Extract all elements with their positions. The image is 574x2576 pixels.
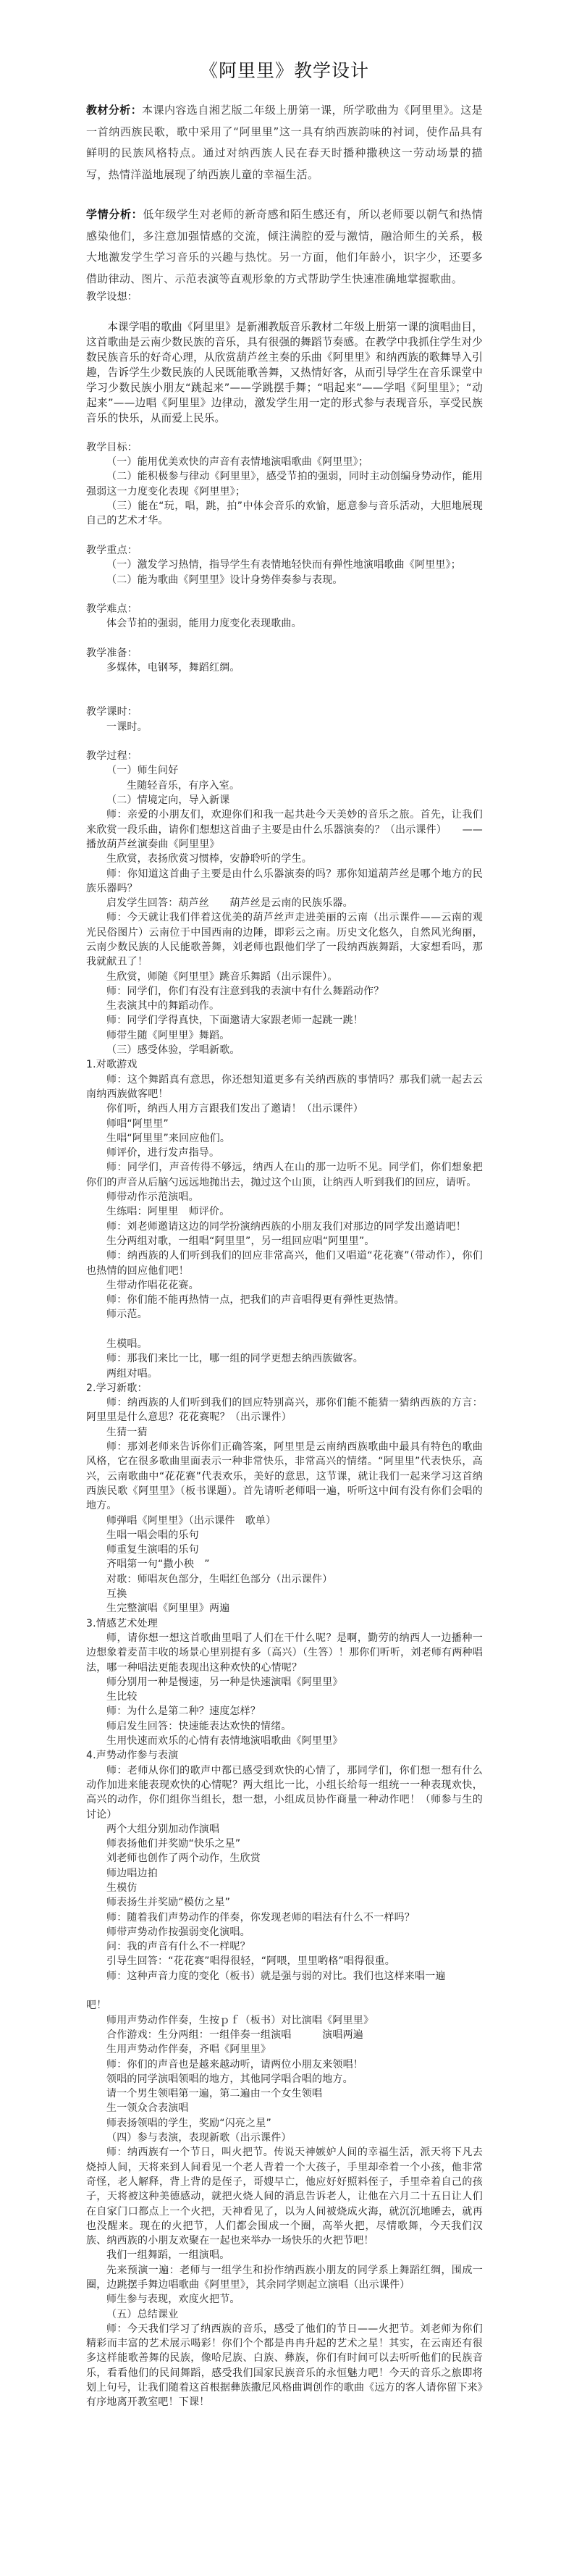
process-line: 生完整演唱《阿里里》两遍 bbox=[86, 1601, 483, 1616]
objective-item: （二）能积极参与律动《阿里里》，感受节拍的强弱，同时主动创编身势动作，能用强弱这… bbox=[86, 469, 483, 499]
section-title: （四）参与表演，表现新歌（出示课件） bbox=[86, 2131, 483, 2145]
key-points-heading: 教学重点： bbox=[86, 543, 483, 558]
process-line: 刘老师也创作了两个动作，生欣赏 bbox=[86, 1851, 483, 1866]
process-line: 生用快速而欢乐的心情有表情地演唱歌曲《阿里里》 bbox=[86, 1734, 483, 1748]
section-title: （三）感受体验，学唱新歌。 bbox=[86, 1043, 483, 1057]
process-line: 师用声势动作伴奏，生按ｐｆ（板书）对比演唱《阿里里》 bbox=[86, 2013, 483, 2028]
process-line: 我们一组舞蹈，一组演唱。 bbox=[86, 2248, 483, 2262]
material-analysis-label: 教材分析： bbox=[86, 104, 142, 117]
preparation-heading: 教学准备： bbox=[86, 646, 483, 660]
process-line: 师：你知道这首曲子主要是由什么乐器演奏的吗？那你知道葫芦丝是哪个地方的民族乐器吗… bbox=[86, 867, 483, 897]
process-line: 师：今天就让我们伴着这优美的葫芦丝声走进美丽的云南（出示课件——云南的观光民俗图… bbox=[86, 910, 483, 969]
process-line: 师生参与表现，欢度火把节。 bbox=[86, 2292, 483, 2307]
process-line: 问：我的声音有什么不一样呢？ bbox=[86, 1939, 483, 1954]
process-line: 生随轻音乐，有序入室。 bbox=[86, 779, 483, 793]
objective-item: （三）能在“玩，唱，跳，拍”中体会音乐的欢愉，愿意参与音乐活动，大胆地展现自己的… bbox=[86, 499, 483, 529]
process-line: 师分别用一种是慢速，另一种是快速演唱《阿里里》 bbox=[86, 1675, 483, 1690]
process-line: 生唱“阿里里”来回应他们。 bbox=[86, 1131, 483, 1146]
difficulties-heading: 教学难点： bbox=[86, 602, 483, 616]
key-point-item: （一）激发学习热情，指导学生有表情地轻快而有弹性地演唱歌曲《阿里里》； bbox=[86, 558, 483, 572]
process-line: 生练唱：阿里里 师评价。 bbox=[86, 1204, 483, 1219]
process-line: 师带动作示范演唱。 bbox=[86, 1190, 483, 1204]
process-line: 师表扬生并奖励“模仿之星” bbox=[86, 1895, 483, 1910]
process-line: 师：老师从你们的歌声中都已感受到欢快的心情了，那同学们，你们想一想有什么动作加进… bbox=[86, 1763, 483, 1822]
process-line: 师：那我们来比一比，哪一组的同学更想去纳西族做客。 bbox=[86, 1351, 483, 1366]
process-line: 生比较 bbox=[86, 1690, 483, 1704]
objective-item: （一）能用优美欢快的声音有表情地演唱歌曲《阿里里》； bbox=[86, 455, 483, 469]
process-line: 师唱“阿里里” bbox=[86, 1117, 483, 1131]
process-line: 启发学生回答：葫芦丝 葫芦丝是云南的民族乐器。 bbox=[86, 896, 483, 910]
student-analysis-label: 学情分析： bbox=[86, 208, 143, 221]
document-title: 《阿里里》教学设计 bbox=[86, 56, 483, 85]
period-text: 一课时。 bbox=[86, 720, 483, 734]
subsection-title: 4.声势动作参与表演 bbox=[86, 1748, 483, 1763]
process-line: 师带声势动作按强弱变化演唱。 bbox=[86, 1925, 483, 1939]
process-line: 师：今天我们学习了纳西族的音乐，感受了他们的节日——火把节。刘老师为你们精彩而丰… bbox=[86, 2322, 483, 2410]
student-analysis: 学情分析：低年级学生对老师的新奇感和陌生感还有，所以老师要以朝气和热情感染他们，… bbox=[86, 204, 483, 290]
process-line: 师启发生回答：快速能表达欢快的情绪。 bbox=[86, 1719, 483, 1734]
process-line: 生欣赏，表扬欣赏习惯棒，安静聆听的学生。 bbox=[86, 852, 483, 866]
process-line: 师边唱边拍 bbox=[86, 1866, 483, 1881]
process-line: 生表演其中的舞蹈动作。 bbox=[86, 999, 483, 1013]
process-line: 两组对唱。 bbox=[86, 1367, 483, 1381]
objectives-heading: 教学目标： bbox=[86, 440, 483, 455]
key-point-item: （二）能为歌曲《阿里里》设计身势伴奏参与表现。 bbox=[86, 573, 483, 587]
process-line: 师：纳西族有一个节日，叫火把节。传说天神嫉妒人间的幸福生活，派天将下凡去烧掉人间… bbox=[86, 2145, 483, 2248]
process-line: 师：同学们，声音传得不够远，纳西人在山的那一边听不见。同学们，你们想象把你们的声… bbox=[86, 1160, 483, 1190]
process-line: 师：那刘老师来告诉你们正确答案，阿里里是云南纳西族歌曲中最具有特色的歌曲风格，它… bbox=[86, 1440, 483, 1513]
material-analysis: 教材分析：本课内容选自湘艺版二年级上册第一课，所学歌曲为《阿里里》。这是一首纳西… bbox=[86, 100, 483, 185]
process-line: 合作游戏：生分两组：一组伴奏一组演唱 演唱两遍 bbox=[86, 2028, 483, 2042]
preparation-text: 多媒体，电钢琴，舞蹈红绸。 bbox=[86, 660, 483, 675]
subsection-title: 2.学习新歌： bbox=[86, 1381, 483, 1396]
section-title: （一）师生问好 bbox=[86, 763, 483, 778]
process-line: 师：纳西族的人们听到我们的回应非常高兴，他们又唱道“花花赛”（带动作），你们也热… bbox=[86, 1249, 483, 1278]
process-line: 师：同学们学得真快，下面邀请大家跟老师一起跳一跳！ bbox=[86, 1013, 483, 1028]
process-line: 吧！ bbox=[86, 1998, 483, 2013]
process-line: 生分两组对歌，一组唱“阿里里”，另一组回应唱“阿里里”。 bbox=[86, 1234, 483, 1249]
process-line: 生猜一猜 bbox=[86, 1425, 483, 1440]
difficulties-text: 体会节拍的强弱，能用力度变化表现歌曲。 bbox=[86, 616, 483, 631]
section-title: （二）情境定向，导入新课 bbox=[86, 793, 483, 807]
process-line: 师：你们能不能再热情一点，把我们的声音唱得更有弹性更热情。 bbox=[86, 1293, 483, 1307]
lesson-body: 教学设想： 本课学唱的歌曲《阿里里》是新湘教版音乐教材二年级上册第一课的演唱曲目… bbox=[86, 290, 483, 2410]
subsection-title: 1.对歌游戏 bbox=[86, 1057, 483, 1072]
process-line: 师：亲爱的小朋友们，欢迎你们和我一起共赴今天美妙的音乐之旅。首先，让我们来欣赏一… bbox=[86, 807, 483, 852]
process-line: 生模唱。 bbox=[86, 1337, 483, 1351]
process-line: 师表扬领唱的学生，奖励“闪亮之星” bbox=[86, 2116, 483, 2131]
period-heading: 教学课时： bbox=[86, 705, 483, 719]
process-line: 引导生回答：“花花赛”唱得很轻，“阿喂，里里哟格”唱得很重。 bbox=[86, 1954, 483, 1968]
process-line: 师，请你想一想这首歌曲里唱了人们在干什么呢？是啊，勤劳的纳西人一边播种一边想象着… bbox=[86, 1631, 483, 1675]
student-analysis-text: 低年级学生对老师的新奇感和陌生感还有，所以老师要以朝气和热情感染他们，多注意加强… bbox=[86, 208, 483, 285]
process-line: 生用声势动作伴奏，齐唱《阿里里》 bbox=[86, 2042, 483, 2057]
process-line: 领唱的同学演唱领唱的地方，其他同学唱合唱的地方。 bbox=[86, 2072, 483, 2086]
process-line: 师：这种声音力度的变化（板书）就是强与弱的对比。我们也这样来唱一遍 bbox=[86, 1969, 483, 1984]
process-line: 师重复生演唱的乐句 bbox=[86, 1543, 483, 1557]
material-analysis-text: 本课内容选自湘艺版二年级上册第一课，所学歌曲为《阿里里》。这是一首纳西族民歌，歌… bbox=[86, 104, 483, 181]
process-line: 两个大组分别加动作演唱 bbox=[86, 1822, 483, 1837]
process-line: 生一领众合表演唱 bbox=[86, 2101, 483, 2115]
concept-heading: 教学设想： bbox=[86, 290, 483, 304]
process-line: 对歌：师唱灰色部分，生唱红色部分（出示课件） bbox=[86, 1572, 483, 1587]
subsection-title: 3.情感艺术处理 bbox=[86, 1616, 483, 1631]
process-line: 师：同学们，你们有没有注意到我的表演中有什么舞蹈动作？ bbox=[86, 984, 483, 999]
process-line: 师：随着我们声势动作的伴奏，你发现老师的唱法有什么不一样吗？ bbox=[86, 1910, 483, 1925]
process-line: 师：刘老师邀请这边的同学扮演纳西族的小朋友我们对那边的同学发出邀请吧！ bbox=[86, 1220, 483, 1234]
process-line: 师表扬他们并奖励“快乐之星” bbox=[86, 1837, 483, 1851]
process-line: 师评价，进行发声指导。 bbox=[86, 1146, 483, 1160]
process-line: 师弹唱《阿里里》（出示课件 歌单） bbox=[86, 1514, 483, 1528]
process-line: 师带生随《阿里里》舞蹈。 bbox=[86, 1028, 483, 1043]
process-line: 师：为什么是第二种？速度怎样？ bbox=[86, 1704, 483, 1719]
process-line: 师示范。 bbox=[86, 1307, 483, 1322]
process-line: 生唱一唱会唱的乐句 bbox=[86, 1528, 483, 1543]
process-line: 生欣赏，师随《阿里里》跳音乐舞蹈（出示课件）。 bbox=[86, 970, 483, 984]
process-line: 齐唱第一句“撒小秧 ” bbox=[86, 1557, 483, 1572]
process-line: 你们听，纳西人用方言跟我们发出了邀请！（出示课件） bbox=[86, 1102, 483, 1116]
process-line: 师：纳西族的人们听到我们的回应特别高兴，那你们能不能猜一猜纳西族的方言：阿里里是… bbox=[86, 1396, 483, 1425]
process-line: 互换 bbox=[86, 1587, 483, 1601]
process-line: 先来预演一遍：老师与一组学生和扮作纳西族小朋友的同学系上舞蹈红绸，围成一圈，边跳… bbox=[86, 2263, 483, 2293]
section-title: （五）总结课业 bbox=[86, 2307, 483, 2322]
process-line: 生模仿 bbox=[86, 1881, 483, 1895]
process-line: 生带动作唱花花赛。 bbox=[86, 1278, 483, 1293]
process-line: 请一个男生领唱第一遍，第二遍由一个女生领唱 bbox=[86, 2086, 483, 2101]
process-line: 师：你们的声音也是越来越动听，请两位小朋友来领唱！ bbox=[86, 2057, 483, 2072]
process-heading: 教学过程： bbox=[86, 749, 483, 763]
process-line: 师：这个舞蹈真有意思，你还想知道更多有关纳西族的事情吗？那我们就一起去云南纳西族… bbox=[86, 1073, 483, 1102]
concept-text: 本课学唱的歌曲《阿里里》是新湘教版音乐教材二年级上册第一课的演唱曲目，这首歌曲是… bbox=[86, 319, 483, 426]
